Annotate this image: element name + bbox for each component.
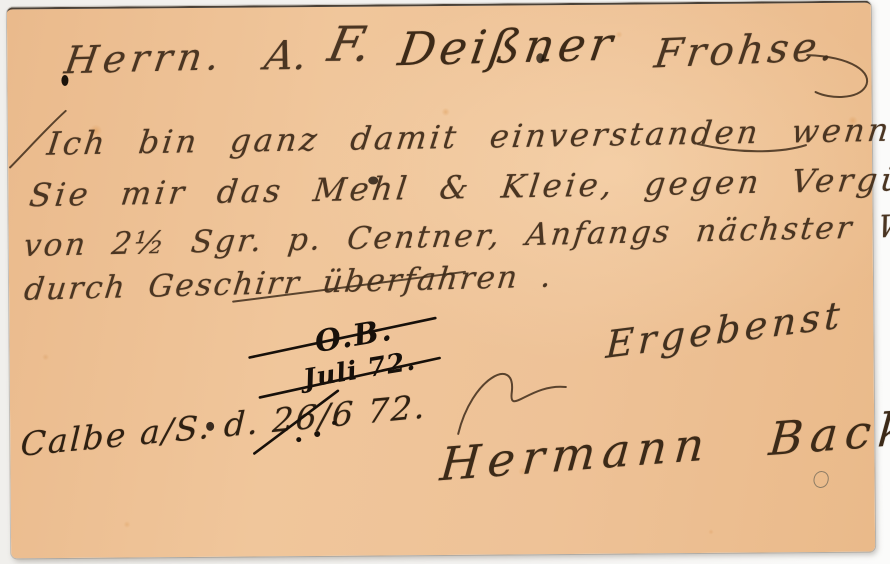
address-surname: Deißner bbox=[395, 17, 620, 77]
body-line-4: durch Geschirr überfahren . bbox=[22, 259, 555, 308]
ink-blot bbox=[332, 421, 336, 425]
address-initial-a: A. bbox=[261, 33, 310, 79]
valediction: Ergebenst bbox=[605, 293, 845, 367]
address-salutation: Herrn. bbox=[62, 34, 228, 82]
ink-blot bbox=[368, 176, 378, 184]
ink-blot bbox=[61, 75, 68, 86]
body-line-3: von 2½ Sgr. p. Centner, Anfangs nächster… bbox=[22, 207, 890, 264]
signature-flourish bbox=[458, 373, 566, 433]
postcard-scan: Herrn. A. F. Deißner Frohse. Ich bin gan… bbox=[0, 0, 890, 564]
address-initial-f: F. bbox=[323, 17, 376, 73]
dateline: Calbe a/S. d. 26/6 72. bbox=[20, 387, 428, 464]
ink-blot bbox=[314, 431, 320, 437]
ink-blot bbox=[296, 437, 301, 442]
address-place: Frohse. bbox=[652, 24, 841, 78]
ink-blot bbox=[206, 422, 214, 431]
body-line-1: Ich bin ganz damit einverstanden wenn bbox=[45, 111, 890, 163]
ink-blot bbox=[536, 53, 544, 63]
body-line-2: Sie mir das Mehl & Kleie, gegen Vergütun… bbox=[27, 159, 890, 215]
postcard-paper: Herrn. A. F. Deißner Frohse. Ich bin gan… bbox=[7, 1, 875, 559]
pencil-circle-mark bbox=[812, 470, 830, 490]
